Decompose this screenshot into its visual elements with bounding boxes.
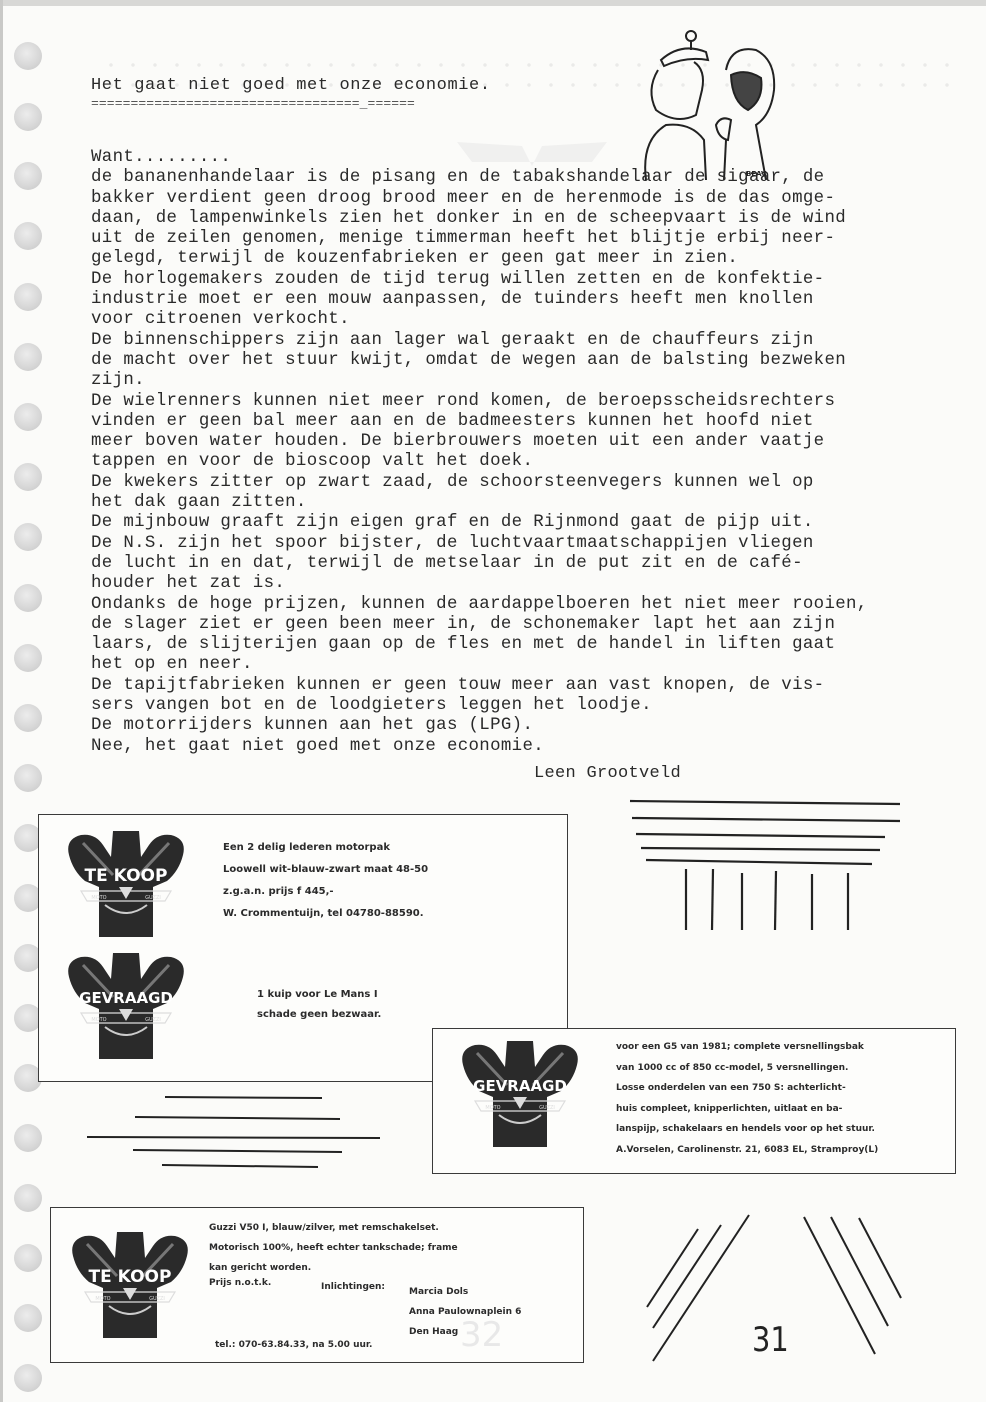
ad-text: voor een G5 van 1981; complete versnelli… (616, 1037, 878, 1160)
article-line: houder het zat is. (91, 574, 971, 594)
ad-line: voor een G5 van 1981; complete versnelli… (616, 1037, 878, 1058)
binder-hole (14, 1304, 42, 1332)
article-line: De binnenschippers zijn aan lager wal ge… (91, 331, 971, 351)
ad-line: huis compleet, knipperlichten, uitlaat e… (616, 1099, 878, 1120)
scan-top-edge (0, 0, 986, 6)
binder-hole (14, 764, 42, 792)
article-line: laars, de slijterijen gaan op de fles en… (91, 635, 971, 655)
ad-line: W. Crommentuijn, tel 04780-88590. (223, 903, 428, 925)
binder-hole (14, 403, 42, 431)
svg-text:GEVRAAGD: GEVRAAGD (79, 989, 173, 1007)
article-line: de lucht in en dat, terwijl de metselaar… (91, 554, 971, 574)
decorative-line-grid-icon (600, 780, 920, 930)
article-line: De motorrijders kunnen aan het gas (LPG)… (91, 716, 971, 736)
ad-text: Een 2 delig lederen motorpakLoowell wit-… (223, 837, 428, 925)
svg-text:TE KOOP: TE KOOP (89, 1267, 172, 1287)
article-line: voor citroenen verkocht. (91, 310, 971, 330)
svg-text:GUZZI: GUZZI (145, 895, 161, 901)
article-line: De wielrenners kunnen niet meer rond kom… (91, 392, 971, 412)
article-line: sers vangen bot en de loodgieters leggen… (91, 696, 971, 716)
svg-text:MOTO: MOTO (91, 895, 106, 901)
article-title: Het gaat niet goed met onze economie. (91, 76, 491, 95)
article-body: Want.........de bananenhandelaar is de p… (91, 148, 971, 757)
article-line: meer boven water houden. De bierbrouwers… (91, 432, 971, 452)
ad-text: 1 kuip voor Le Mans Ischade geen bezwaar… (257, 985, 381, 1025)
article-line: bakker verdient geen droog brood meer en… (91, 189, 971, 209)
article-line: De N.S. zijn het spoor bijster, de lucht… (91, 534, 971, 554)
svg-text:MOTO: MOTO (91, 1017, 106, 1023)
ad-line: lanspijp, schakelaars en hendels voor op… (616, 1119, 878, 1140)
svg-text:GUZZI: GUZZI (539, 1105, 555, 1111)
page-number: 31 (752, 1320, 789, 1360)
svg-text:GUZZI: GUZZI (145, 1017, 161, 1023)
ad-line: Motorisch 100%, heeft echter tankschade;… (209, 1238, 458, 1258)
binder-hole (14, 584, 42, 612)
article-line: De tapijtfabrieken kunnen er geen touw m… (91, 676, 971, 696)
binder-hole (14, 162, 42, 190)
scan-left-edge (0, 0, 3, 1402)
article-line: daan, de lampenwinkels zien het donker i… (91, 209, 971, 229)
classified-ad-guzzi-v50: TE KOOPMOTOGUZZI Guzzi V50 I, blauw/zilv… (50, 1207, 584, 1363)
ad-info-line: Marcia Dols (409, 1282, 521, 1302)
binder-hole (14, 704, 42, 732)
binder-hole (14, 463, 42, 491)
article-line: het dak gaan zitten. (91, 493, 971, 513)
article-line: tappen en voor de bioscoop valt het doek… (91, 452, 971, 472)
article-line: de macht over het stuur kwijt, omdat de … (91, 351, 971, 371)
moto-guzzi-gevraagd-badge-icon: GEVRAAGDMOTOGUZZI (455, 1035, 585, 1147)
binder-hole (14, 283, 42, 311)
binder-hole (14, 1244, 42, 1272)
article-line: het op en neer. (91, 655, 971, 675)
binder-hole (14, 343, 42, 371)
article-line: Want......... (91, 148, 971, 168)
ad-line: Losse onderdelen van een 750 S: achterli… (616, 1078, 878, 1099)
bleed-through-page-number: 32 (460, 1315, 503, 1355)
ad-info-label: Inlichtingen: (321, 1282, 385, 1292)
binder-hole (14, 103, 42, 131)
moto-guzzi-te-koop-badge-icon: TE KOOPMOTOGUZZI (65, 1226, 195, 1338)
svg-text:GEVRAAGD: GEVRAAGD (473, 1077, 567, 1095)
article-line: de bananenhandelaar is de pisang en de t… (91, 168, 971, 188)
article-line: vinden er geen bal meer aan en de badmee… (91, 412, 971, 432)
ad-line: 1 kuip voor Le Mans I (257, 985, 381, 1005)
article-line: industrie moet er een mouw aanpassen, de… (91, 290, 971, 310)
ad-text: Guzzi V50 I, blauw/zilver, met remschake… (209, 1218, 458, 1278)
ad-line: kan gericht worden. (209, 1258, 458, 1278)
article-line: Ondanks de hoge prijzen, kunnen de aarda… (91, 595, 971, 615)
svg-text:MOTO: MOTO (95, 1296, 110, 1302)
title-underline: ==================================_=====… (91, 96, 415, 111)
binder-hole (14, 1124, 42, 1152)
ad-line: z.g.a.n. prijs f 445,- (223, 881, 428, 903)
binder-hole (14, 42, 42, 70)
moto-guzzi-te-koop-badge-icon: TE KOOPMOTOGUZZI (61, 825, 191, 937)
article-line: De mijnbouw graaft zijn eigen graf en de… (91, 513, 971, 533)
binder-hole (14, 222, 42, 250)
ad-line: schade geen bezwaar. (257, 1005, 381, 1025)
moto-guzzi-gevraagd-badge-icon: GEVRAAGDMOTOGUZZI (61, 947, 191, 1059)
article-line: de slager ziet er geen been meer in, de … (91, 615, 971, 635)
ad-phone: tel.: 070-63.84.33, na 5.00 uur. (215, 1340, 372, 1350)
article-line: De horlogemakers zouden de tijd terug wi… (91, 270, 971, 290)
ad-line: Loowell wit-blauw-zwart maat 48-50 (223, 859, 428, 881)
binder-hole (14, 1184, 42, 1212)
binder-hole (14, 523, 42, 551)
article-line: uit de zeilen genomen, menige timmerman … (91, 229, 971, 249)
classified-ad-g5-parts: GEVRAAGDMOTOGUZZI voor een G5 van 1981; … (432, 1028, 956, 1174)
binder-hole (14, 1364, 42, 1392)
binder-hole (14, 644, 42, 672)
ad-line: A.Vorselen, Carolinenstr. 21, 6083 EL, S… (616, 1140, 878, 1161)
article-line: Nee, het gaat niet goed met onze economi… (91, 737, 971, 757)
ad-line: van 1000 cc of 850 cc-model, 5 versnelli… (616, 1058, 878, 1079)
article-line: gelegd, terwijl de kouzenfabrieken er ge… (91, 249, 971, 269)
decorative-hlines-icon (60, 1080, 400, 1180)
ad-line: Guzzi V50 I, blauw/zilver, met remschake… (209, 1218, 458, 1238)
svg-text:MOTO: MOTO (485, 1105, 500, 1111)
article-line: zijn. (91, 371, 971, 391)
article-line: De kwekers zitter op zwart zaad, de scho… (91, 473, 971, 493)
svg-text:TE KOOP: TE KOOP (85, 866, 168, 886)
svg-text:GUZZI: GUZZI (149, 1296, 165, 1302)
ad-price: Prijs n.o.t.k. (209, 1278, 271, 1288)
ad-line: Een 2 delig lederen motorpak (223, 837, 428, 859)
